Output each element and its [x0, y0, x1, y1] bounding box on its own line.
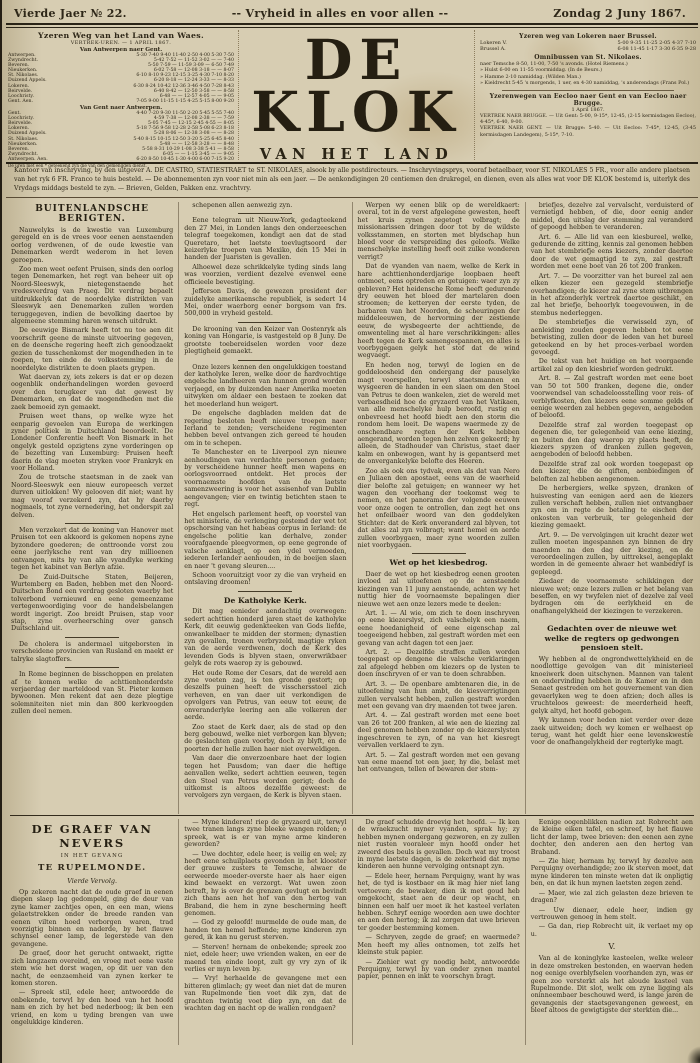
paragraph: — Ga dan, riep Robrecht uit, ik verlaet … — [531, 923, 693, 938]
paragraph: Men verzekert dat de koning van Hanover … — [11, 527, 173, 572]
paragraph: De herbergiers, welke spyzen, dranken of… — [531, 485, 693, 530]
article-heading: Wet op het kiesbedrog. — [364, 558, 514, 567]
article-heading: De Katholyke Kerk. — [190, 596, 340, 605]
feuilleton-rule — [10, 815, 694, 816]
paragraph: — Edele heer, hernam Perquigny, want hy … — [358, 873, 520, 932]
paragraph: Art. 3. — De openbare ambtenaren die, in… — [358, 681, 520, 711]
paragraph: In Rome beginnen de bisschoppen en prela… — [11, 671, 173, 716]
paragraph: Op zekeren nacht dat de oude graef in ee… — [11, 889, 173, 948]
paragraph: Art. 1. — Al wie, om zich te doen inschr… — [358, 610, 520, 647]
paragraph: — Spreek stil, edele heer, antwoordde de… — [11, 989, 173, 1026]
paragraph: Wy hebben al de ongrondwettelykheid en d… — [531, 656, 693, 715]
paragraph: Eenige oogenblikken nadien zat Robrecht … — [531, 819, 693, 856]
edition-number: Vierde Jaer № 22. — [14, 7, 127, 20]
newspaper-page: Vierde Jaer № 22. -- Vryheid in alles en… — [0, 0, 700, 1063]
paragraph: Wat daervan zy, iets zekers is dat er op… — [11, 374, 173, 411]
divider — [502, 90, 674, 91]
paragraph: Onze lezers kennen den ongelukkigen toes… — [184, 364, 346, 409]
article-separator — [238, 360, 292, 361]
feuilleton-column-4: Eenige oogenblikken nadien zat Robrecht … — [525, 819, 698, 1045]
feuilleton-part: Vierde Vervolg. — [11, 877, 173, 885]
paragraph: Zoo staet de Kerk daer, als de stad op d… — [184, 724, 346, 754]
imprint-text: Kantoor van inschryving, by den uitgever… — [6, 164, 698, 197]
chapter-number: V. — [531, 942, 693, 951]
paragraph: Art. 2. — Dezelfde straffen zullen worde… — [358, 649, 520, 679]
timetable-left: Yzeren Weg van het Land van Waes. VERTRE… — [6, 30, 239, 160]
paragraph: Dezelfde straf zal ook worden toegepast … — [531, 461, 693, 483]
eecloo-line: VERTREK NAER GENT. — Uit Brugge: 5-40. —… — [480, 125, 696, 138]
paragraph: Art. 9. — De vervolgingen uit kracht dez… — [531, 532, 693, 577]
departure-times: 6-08 11-45 1-17 3-30 6-35 9-28 — [617, 46, 696, 52]
feuilleton-title: DE GRAEF VAN NEVERS — [11, 822, 173, 850]
departure-times: 7-05 9-00 11-15 1-15 4-25 5-15 8-00 9-20 — [136, 99, 234, 104]
paragraph: De graef, door het gerucht ontwaekt, rig… — [11, 950, 173, 987]
article-separator — [238, 213, 292, 214]
masthead: DE KLOK VAN HET LAND VAN WAES. WEEKBLAD … — [239, 30, 474, 160]
paragraph: Dezelfde straf zal worden toegepast op d… — [531, 422, 693, 459]
article-separator — [585, 619, 639, 620]
paragraph: Werpen wy eenen blik op de wereldkaert: … — [358, 202, 520, 261]
paragraph: De cholera is andermael uitgeborsten in … — [11, 641, 173, 663]
paragraph: — Schryven, zegde de graef; en waermede?… — [358, 934, 520, 956]
body-columns: BUITENLANDSCHE BERIGTEN. Nauwelyks is de… — [2, 198, 700, 814]
paragraph: De stembriefjes die verwisseld zyn, of a… — [531, 319, 693, 356]
article-separator — [238, 591, 292, 592]
paragraph: briefjes, dezelve zal vervalscht, verdui… — [531, 202, 693, 232]
article-separator — [65, 667, 119, 668]
info-right: Yzeren weg van Lokeren naer Brussel. Lok… — [474, 30, 698, 160]
paragraph: Art. 6. — Alle lid van een kiesbureel, w… — [531, 234, 693, 271]
column-3: Werpen wy eenen blik op de wereldkaert: … — [352, 202, 525, 814]
article-heading: Gedachten over de nieuwe wet welke de re… — [537, 624, 687, 652]
feuilleton-column-3: De graef schudde droevig het hoofd. — Ik… — [352, 819, 525, 1045]
paragraph: Te Manchester en te Liverpool zyn nieuwe… — [184, 449, 346, 508]
feuilleton-column-1: DE GRAEF VAN NEVERS IN HET GEVANG TE RUP… — [6, 819, 178, 1045]
paragraph: Zoo men weet oefent Pruisen, sinds den o… — [11, 266, 173, 325]
paragraph: Nauwelyks is de kwestie van Luxemburg ge… — [11, 227, 173, 264]
paragraph: — Ziehier wat gy noodig hebt, antwoordde… — [358, 959, 520, 981]
article-heading: BUITENLANDSCHE BERIGTEN. — [11, 204, 173, 224]
paragraph: Eene telegram uit Nieuw-York, gedagteeke… — [184, 217, 346, 262]
timetable-subtitle: VERTREK-UREN. — 1 APRIL 1867. — [8, 40, 234, 46]
feuilleton: DE GRAEF VAN NEVERS IN HET GEVANG TE RUP… — [2, 817, 700, 1045]
paragraph: De engelsche dagbladen melden dat de reg… — [184, 410, 346, 447]
paragraph: schepenen allen aenwezig zyn. — [184, 202, 346, 209]
column-1: BUITENLANDSCHE BERIGTEN. Nauwelyks is de… — [6, 202, 178, 814]
newspaper-title: DE KLOK — [239, 34, 474, 139]
feuilleton-place: TE RUPELMONDE. — [11, 863, 173, 873]
article-separator — [238, 322, 292, 323]
header: Yzeren Weg van het Land van Waes. VERTRE… — [2, 28, 700, 160]
paragraph: — Sterven! hernam de onbekende; spreek z… — [184, 944, 346, 974]
paragraph: — Maer, wie zal zich gelasten deze briev… — [531, 890, 693, 905]
paragraph: Art. 4. — Zal gestraft worden met eene b… — [358, 712, 520, 749]
paragraph: De krooning van den Keizer van Oostenryk… — [184, 326, 346, 356]
motto: -- Vryheid in alles en voor allen -- — [232, 7, 449, 20]
table-row: Gent. Aen.7-05 9-00 11-15 1-15 4-25 5-15… — [8, 99, 234, 104]
paragraph: — Myne kinderen! riep de gryzaerd uit, t… — [184, 819, 346, 849]
paragraph: Jefferson Davis, de gewezen president de… — [184, 288, 346, 318]
table-row: Antwerpen. Aen.6-20 8-50 10-45 1-30 4-00… — [8, 157, 234, 162]
paragraph: Art. 8. — Zal gestraft worden met eene b… — [531, 375, 693, 420]
paragraph: Art. 7. — De voorzitter van het bureel z… — [531, 273, 693, 318]
paragraph: Het oude Rome der Cesars, dat de wereld … — [184, 670, 346, 722]
paragraph: Alhoewel deze schrikkelyke tyding sinds … — [184, 264, 346, 286]
column-4: briefjes, dezelve zal vervalscht, verdui… — [525, 202, 698, 814]
paragraph: En heden nog, terwyl de logien en de god… — [358, 362, 520, 466]
paragraph: — Zie hier, hernam hy, terwyl hy dezelve… — [531, 858, 693, 888]
paragraph: De graef schudde droevig het hoofd. — Ik… — [358, 819, 520, 871]
paragraph: Ziedaer de voornaemste schikkingen der n… — [531, 578, 693, 615]
paragraph: Wy kunnen voor heden niet verder over de… — [531, 717, 693, 747]
brussels-table-title: Yzeren weg van Lokeren naer Brussel. — [480, 33, 696, 40]
paragraph: Van daer die onverzoenbare haet der logi… — [184, 755, 346, 800]
paragraph: — Vry! herhaelde de gevangene met een bi… — [184, 975, 346, 1012]
column-2: schepenen allen aenwezig zyn. Eene teleg… — [178, 202, 351, 814]
paragraph: — Uwe dochter, edele heer, is veilig en … — [184, 851, 346, 918]
imprint-block: Kantoor van inschryving, by den uitgever… — [6, 162, 698, 198]
paragraph: De tekst van het huidige en het voorgaen… — [531, 358, 693, 373]
station-name: Brussel A. — [480, 46, 506, 52]
paragraph: Schoon vooruitzigt voor zy die van vryhe… — [184, 572, 346, 587]
feuilleton-column-2: — Myne kinderen! riep de gryzaerd uit, t… — [178, 819, 351, 1045]
eecloo-line: VERTREK NAER BRUGGE. — Uit Gent: 5-00, 9… — [480, 113, 696, 126]
paragraph: Het engelsch parlement heeft, op voorste… — [184, 511, 346, 570]
paragraph: — God zy geloofd! murmelde de oude man, … — [184, 919, 346, 941]
paragraph: Zou de trotsche staetsman in de zaek van… — [11, 474, 173, 519]
paragraph: De eeuwige Bismark heeft tot nu toe aen … — [11, 327, 173, 372]
article-separator — [412, 553, 466, 554]
timetable-title: Yzeren Weg van het Land van Waes. — [8, 31, 234, 40]
paragraph: Dat de vyanden van naem, welke de Kerk i… — [358, 263, 520, 359]
paragraph: Van al de koninglyke kasteelen, welke we… — [531, 955, 693, 1014]
paragraph: Daer de wet op het kiesbedrog eenen groo… — [358, 571, 520, 608]
paragraph: De Zuid-Duitsche Staten, Beijeren, Wurte… — [11, 574, 173, 633]
top-bar: Vierde Jaer № 22. -- Vryheid in alles en… — [2, 0, 700, 22]
feuilleton-subtitle: IN HET GEVANG — [11, 853, 173, 859]
station-name: Antwerpen. Aen. — [8, 157, 48, 162]
article-separator — [65, 523, 119, 524]
omnibus-title: Omnibussen van St. Nikolaes. — [480, 54, 696, 61]
eecloo-title: Yzerenwegen van Eecloo naer Gent en van … — [480, 93, 696, 107]
paragraph: Pruisen weet thans, op welke wyze het ee… — [11, 413, 173, 472]
paragraph: Zoo als ook ons tydvak, even als dat van… — [358, 468, 520, 550]
paragraph: — Uw dienaer, edele heer, indien gy vert… — [531, 907, 693, 922]
article-separator — [65, 637, 119, 638]
paragraph: Dit mag eenieder aendachtig overwegen: s… — [184, 608, 346, 667]
table-row: Brussel A.6-08 11-45 1-17 3-30 6-35 9-28 — [480, 46, 696, 52]
newspaper-subtitle: VAN HET LAND VAN WAES. — [239, 146, 474, 161]
paragraph: Art. 5. — Zal gestraft worden met een ge… — [358, 752, 520, 774]
station-name: Gent. Aen. — [8, 99, 33, 104]
omnibus-line: » Kieldrecht 5-45 's morgends, 1 uer, en… — [480, 80, 696, 86]
departure-times: 6-20 8-50 10-45 1-30 4-00 6-00 7-15 9-20 — [136, 157, 234, 162]
issue-date: Zondag 2 Juny 1867. — [553, 7, 686, 20]
